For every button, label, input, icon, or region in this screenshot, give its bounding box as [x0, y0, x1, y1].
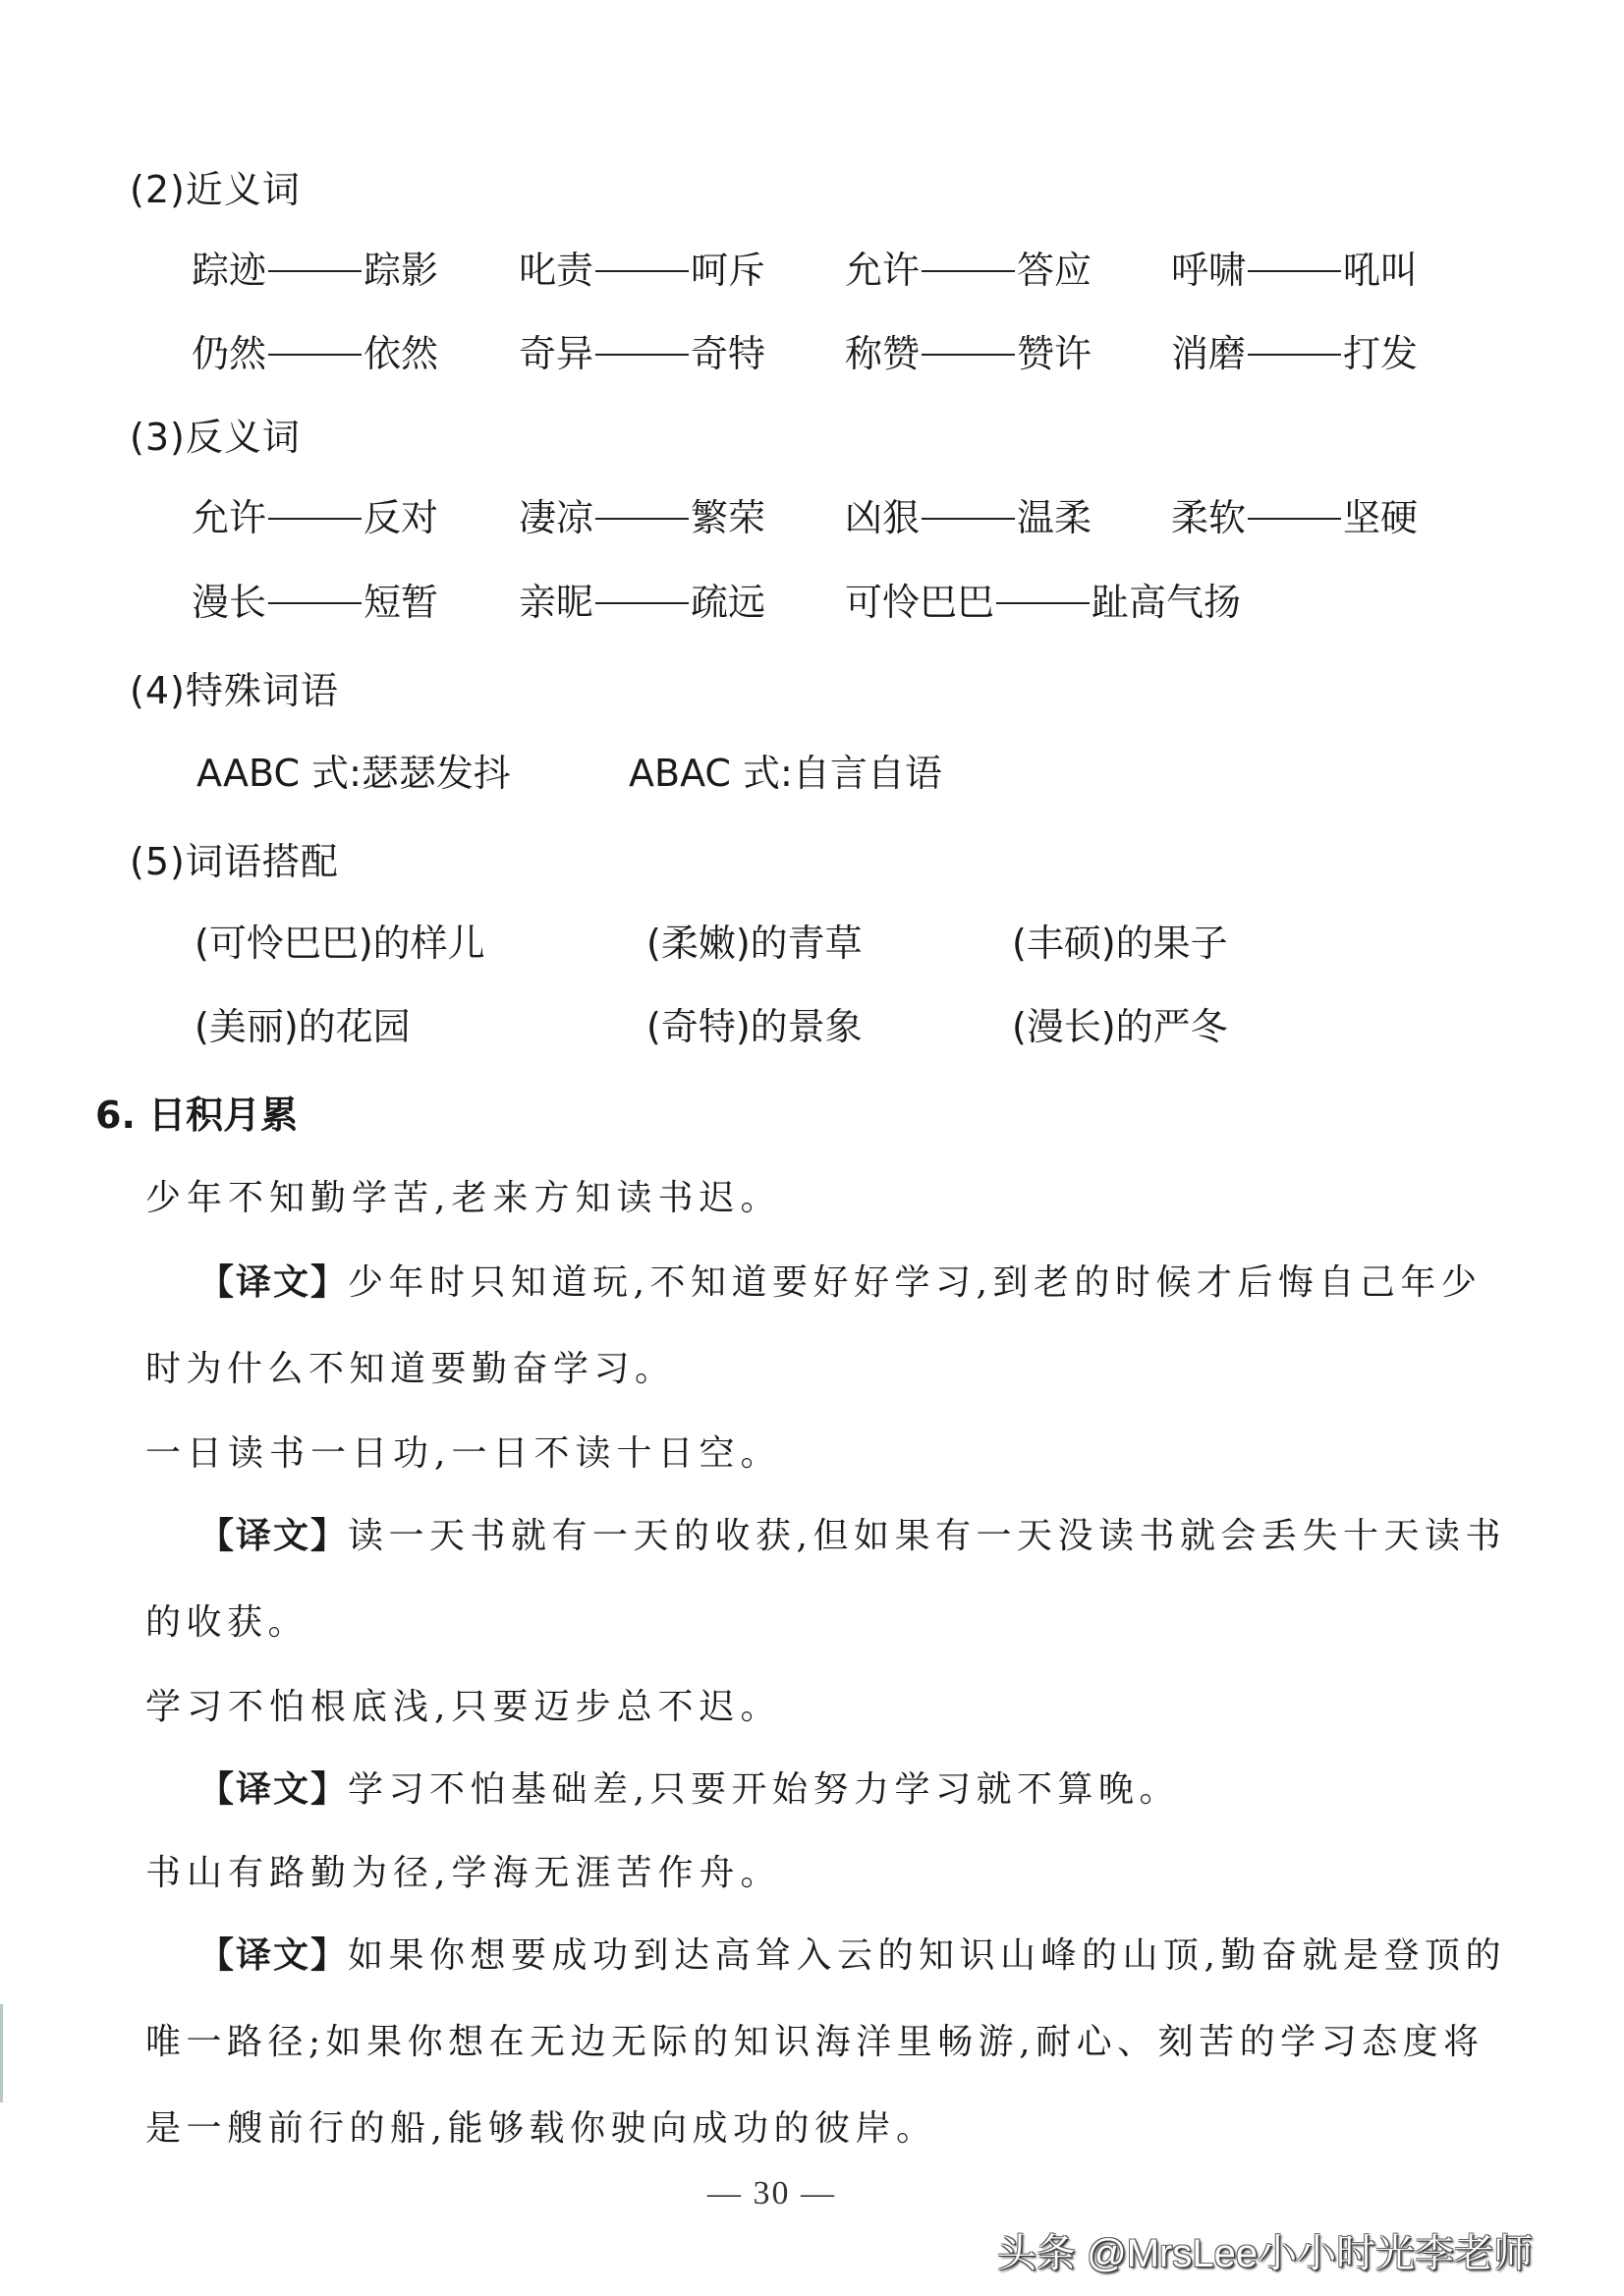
word-a: 称赞	[845, 332, 920, 375]
word-pair: 仍然依然	[192, 329, 438, 378]
translation-tag: 【译文】	[198, 1769, 348, 1810]
quote-line: 一日读书一日功,一日不读十日空。	[145, 1429, 781, 1479]
word-pair: 呼啸吼叫	[1171, 246, 1418, 295]
colon: :	[780, 752, 793, 795]
word-pair: 称赞赞许	[845, 329, 1092, 378]
translation-text: 如果你想要成功到达高耸入云的知识山峰的山顶,勤奋就是登顶的唯一路径;如果你想在无…	[145, 1935, 1506, 2149]
word-pair: 亲昵疏远	[519, 578, 765, 627]
pattern-example: 自言自语	[793, 752, 942, 795]
word-a: 仍然	[192, 332, 266, 375]
special-word-item: ABAC 式:自言自语	[629, 749, 942, 798]
dash-divider	[595, 354, 689, 356]
dash-divider	[268, 602, 362, 604]
translation-block: 【译文】学习不怕基础差,只要开始努力学习就不算晚。	[145, 1747, 1511, 1833]
word-a: 奇异	[519, 332, 593, 375]
word-b: 答应	[1017, 249, 1092, 292]
word-pair: 允许反对	[192, 493, 438, 542]
dash-divider	[268, 354, 362, 356]
word-a: 凄凉	[519, 496, 593, 539]
dash-divider	[595, 270, 689, 272]
word-a: 柔软	[1171, 496, 1246, 539]
pattern-label: ABAC 式	[629, 752, 780, 795]
scan-edge-mark	[0, 2004, 3, 2102]
watermark: 头条 @MrsLee小小时光李老师	[997, 2222, 1533, 2278]
word-pair: 奇异奇特	[519, 329, 765, 378]
word-b: 依然	[364, 332, 438, 375]
special-word-item: AABC 式:瑟瑟发抖	[196, 749, 511, 798]
word-a: 可怜巴巴	[845, 581, 994, 624]
word-pair: 凶狠温柔	[845, 493, 1092, 542]
dash-divider	[1248, 270, 1341, 272]
translation-text: 读一天书就有一天的收获,但如果有一天没读书就会丢失十天读书的收获。	[145, 1516, 1506, 1643]
collocations-heading: (5)词语搭配	[130, 837, 339, 886]
dash-divider	[268, 518, 362, 520]
translation-block: 【译文】少年时只知道玩,不知道要好好学习,到老的时候才后悔自己年少时为什么不知道…	[145, 1240, 1511, 1413]
word-pair: 踪迹踪影	[192, 246, 438, 295]
quote-line: 少年不知勤学苦,老来方知读书迟。	[145, 1174, 781, 1223]
word-b: 繁荣	[691, 496, 765, 539]
dash-divider	[595, 518, 689, 520]
translation-tag: 【译文】	[198, 1516, 348, 1556]
word-b: 疏远	[691, 581, 765, 624]
special-words-heading: (4)特殊词语	[130, 666, 339, 715]
word-a: 凶狠	[845, 496, 920, 539]
word-pair: 柔软坚硬	[1171, 493, 1418, 542]
word-a: 呼啸	[1171, 249, 1246, 292]
word-b: 呵斥	[691, 249, 765, 292]
word-pair: 允许答应	[845, 246, 1092, 295]
word-pair: 叱责呵斥	[519, 246, 765, 295]
dash-divider	[1248, 354, 1341, 356]
dash-divider	[595, 602, 689, 604]
translation-tag: 【译文】	[198, 1262, 348, 1303]
pattern-example: 瑟瑟发抖	[362, 752, 511, 795]
dash-divider	[922, 518, 1015, 520]
collocation-item: (美丽)的花园	[195, 1002, 411, 1051]
section-title-accumulation: 6. 日积月累	[95, 1091, 298, 1140]
word-b: 坚硬	[1343, 496, 1418, 539]
word-b: 温柔	[1017, 496, 1092, 539]
collocation-item: (丰硕)的果子	[1012, 919, 1228, 968]
word-a: 漫长	[192, 581, 266, 624]
word-b: 踪影	[364, 249, 438, 292]
translation-text: 学习不怕基础差,只要开始努力学习就不算晚。	[348, 1769, 1180, 1810]
collocation-item: (可怜巴巴)的样儿	[195, 919, 485, 968]
dash-divider	[922, 270, 1015, 272]
word-a: 踪迹	[192, 249, 266, 292]
quote-line: 学习不怕根底浅,只要迈步总不迟。	[145, 1683, 781, 1732]
page-number: — 30 —	[707, 2175, 836, 2212]
word-a: 允许	[845, 249, 920, 292]
word-b: 奇特	[691, 332, 765, 375]
translation-tag: 【译文】	[198, 1935, 348, 1976]
antonyms-heading: (3)反义词	[130, 413, 301, 462]
word-a: 消磨	[1171, 332, 1246, 375]
dash-divider	[922, 354, 1015, 356]
dash-divider	[996, 602, 1090, 604]
colon: :	[349, 752, 362, 795]
word-a: 叱责	[519, 249, 593, 292]
textbook-page: (2)近义词 踪迹踪影 叱责呵斥 允许答应 呼啸吼叫 仍然依然 奇异奇特 称赞赞…	[0, 0, 1624, 2296]
translation-block: 【译文】如果你想要成功到达高耸入云的知识山峰的山顶,勤奋就是登顶的唯一路径;如果…	[145, 1913, 1511, 2172]
word-a: 亲昵	[519, 581, 593, 624]
quote-line: 书山有路勤为径,学海无涯苦作舟。	[145, 1849, 781, 1898]
pattern-label: AABC 式	[196, 752, 349, 795]
word-pair: 可怜巴巴趾高气扬	[845, 578, 1241, 627]
collocation-item: (奇特)的景象	[646, 1002, 863, 1051]
word-pair: 漫长短暂	[192, 578, 438, 627]
word-b: 反对	[364, 496, 438, 539]
dash-divider	[1248, 518, 1341, 520]
word-b: 趾高气扬	[1092, 581, 1241, 624]
translation-block: 【译文】读一天书就有一天的收获,但如果有一天没读书就会丢失十天读书的收获。	[145, 1493, 1511, 1666]
word-pair: 凄凉繁荣	[519, 493, 765, 542]
word-b: 赞许	[1017, 332, 1092, 375]
synonyms-heading: (2)近义词	[130, 165, 301, 214]
collocation-item: (漫长)的严冬	[1012, 1002, 1228, 1051]
word-a: 允许	[192, 496, 266, 539]
dash-divider	[268, 270, 362, 272]
word-b: 吼叫	[1343, 249, 1418, 292]
word-b: 短暂	[364, 581, 438, 624]
word-pair: 消磨打发	[1171, 329, 1418, 378]
word-b: 打发	[1343, 332, 1418, 375]
collocation-item: (柔嫩)的青草	[646, 919, 863, 968]
